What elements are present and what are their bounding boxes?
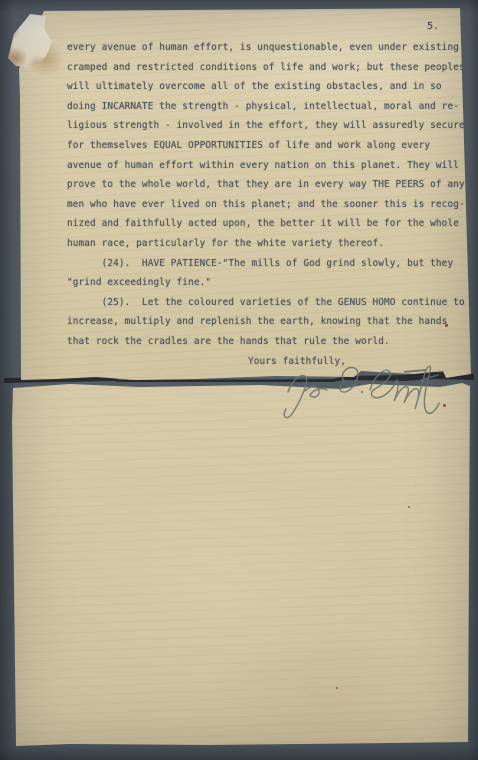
letter-page-upper-piece: 5. every avenue of human effort, is unqu… <box>16 7 472 380</box>
typed-line: cramped and restricted conditions of lif… <box>67 58 469 78</box>
typed-line: men who have ever lived on this planet; … <box>67 195 469 215</box>
typed-line: (24). HAVE PATIENCE-"The mills of God gr… <box>67 254 469 274</box>
typed-line: ligious strength - involved in the effor… <box>67 116 469 136</box>
typed-line: for themselves EQUAL OPPORTUNITIES of li… <box>67 136 469 156</box>
letter-page-lower-piece <box>10 382 472 746</box>
rust-speck <box>445 324 448 327</box>
signature <box>278 354 448 428</box>
rust-speck <box>336 687 338 689</box>
page-number: 5. <box>427 21 439 32</box>
typed-line: prove to the whole world, that they are … <box>67 175 469 195</box>
typed-body: every avenue of human effort, is unquest… <box>67 38 469 352</box>
typed-line: that rock the cradles are the hands that… <box>67 332 469 352</box>
typed-line: avenue of human effort within every nati… <box>67 156 469 176</box>
typed-line: will ultimately overcome all of the exis… <box>67 77 469 97</box>
typed-line: (25). Let the coloured varieties of the … <box>67 293 469 313</box>
typed-line: increase, multiply and replenish the ear… <box>67 312 469 332</box>
typed-line: human race, particularly for the white v… <box>67 234 469 254</box>
typed-line: every avenue of human effort, is unquest… <box>67 38 469 58</box>
rust-speck <box>408 506 410 508</box>
typed-line: doing INCARNATE the strength - physical,… <box>67 97 469 117</box>
scanned-letter-page: 5. every avenue of human effort, is unqu… <box>0 0 478 760</box>
typed-line: "grind exceedingly fine." <box>67 273 469 293</box>
typed-line: nized and faithfully acted upon, the bet… <box>67 214 469 234</box>
rust-speck <box>443 404 446 407</box>
